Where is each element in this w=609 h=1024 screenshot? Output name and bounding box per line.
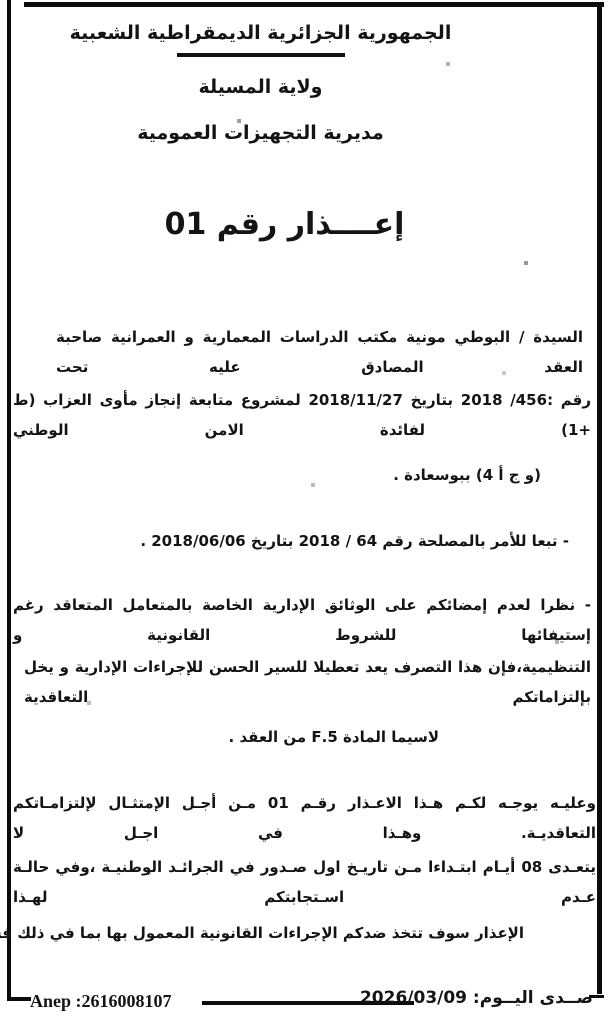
body-line-contract-number: رقم :456/ 2018 بتاريخ 2018/11/27 لمشروع … (13, 385, 591, 445)
journal-name-and-date: صــدى اليــوم: 2026/03/09 (360, 988, 593, 1008)
notice-title: إعــــذار رقم 01 (0, 205, 609, 245)
body-line-reason-1: - نظرا لعدم إمضائكم على الوثائق الإدارية… (13, 590, 591, 650)
document-header: الجمهورية الجزائرية الديمقراطية الشعبية … (0, 20, 609, 146)
body-line-injunction-1: وعليـه يوجـه لكـم هـذا الاعـذار رقـم 01 … (13, 788, 596, 848)
frame-left-border (7, 0, 11, 1000)
header-underline (177, 53, 345, 57)
body-line-injunction-2: يتعـدى 08 أيـام ابتـداءا مـن تاريـخ اول … (13, 852, 596, 912)
directorate-name: مديرية التجهيزات العمومية (0, 120, 609, 146)
body-line-service-order: - تبعا للأمر بالمصلحة رقم 64 / 2018 بتار… (140, 526, 569, 556)
scanned-document-page: الجمهورية الجزائرية الديمقراطية الشعبية … (0, 0, 609, 1024)
frame-top-border (24, 2, 604, 7)
scan-noise-specks (0, 0, 2, 2)
body-line-location: (و ج أ 4) ببوسعادة . (393, 460, 541, 490)
body-line-consequence: الإعذار سوف تتخذ ضدكم الإجراءات القانوني… (0, 918, 524, 948)
anep-reference: Anep :2616008107 (30, 991, 172, 1012)
frame-right-border (597, 2, 602, 994)
frame-bottom-left-corner (7, 997, 31, 1001)
body-line-article-ref: لاسيما المادة 5.F من العقد . (229, 722, 439, 752)
republic-title: الجمهورية الجزائرية الديمقراطية الشعبية (0, 20, 609, 46)
body-line-addressee: السيدة / البوطي مونية مكتب الدراسات المع… (56, 322, 583, 382)
body-line-reason-2: التنظيمية،فإن هذا التصرف يعد تعطيلا للسي… (24, 652, 591, 712)
wilaya-name: ولاية المسيلة (0, 74, 609, 100)
